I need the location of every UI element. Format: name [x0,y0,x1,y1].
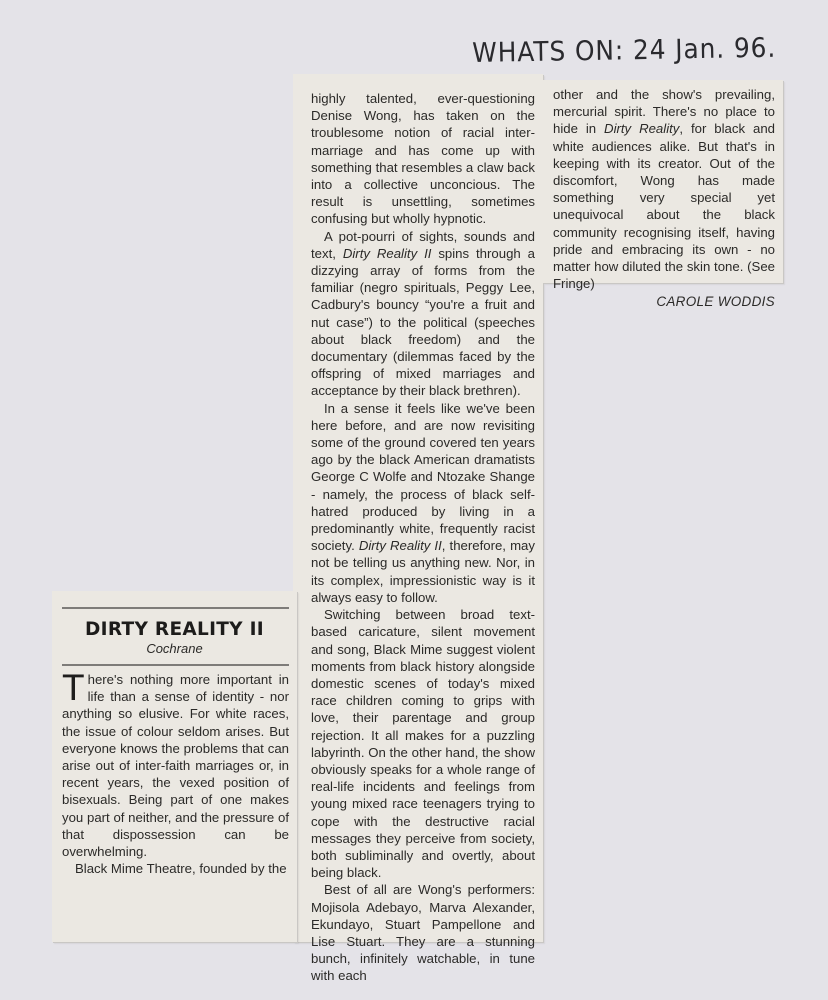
clipping-right-column: other and the show's prevailing, mercuri… [543,80,783,283]
paragraph: Best of all are Wong's performers: Mojis… [311,881,535,984]
middle-column-text: highly talented, ever-questioning Denise… [311,90,535,985]
clipping-middle-column: highly talented, ever-questioning Denise… [293,74,543,942]
paragraph: Switching between broad text-based caric… [311,606,535,881]
paragraph: other and the show's prevailing, mercuri… [553,86,775,292]
paragraph: There's nothing more important in life t… [62,671,289,860]
show-title-italic: Dirty Reality II [359,538,442,553]
paragraph: highly talented, ever-questioning Denise… [311,90,535,228]
paragraph: In a sense it feels like we've been here… [311,400,535,606]
left-column-text: There's nothing more important in life t… [62,671,289,877]
handwritten-date-annotation: WHATS ON: 24 Jan. 96. [472,33,776,69]
text-run: , for black and white audiences alike. B… [553,121,775,291]
venue-name: Cochrane [52,641,297,656]
show-title-italic: Dirty Reality [604,121,679,136]
bottom-rule [62,664,289,666]
top-rule [62,607,289,609]
show-title-italic: Dirty Reality II [343,246,432,261]
author-byline: CAROLE WODDIS [553,293,775,310]
right-column-text: other and the show's prevailing, mercuri… [553,86,775,311]
text-run: In a sense it feels like we've been here… [311,401,535,554]
paragraph: Black Mime Theatre, founded by the [62,860,289,877]
clipping-left-column: DIRTY REALITY II Cochrane There's nothin… [52,591,297,942]
drop-cap: T [62,673,85,703]
text-run: here's nothing more important in life th… [62,672,289,859]
text-run: spins through a dizzying array of forms … [311,246,535,399]
paragraph: A pot-pourri of sights, sounds and text,… [311,228,535,400]
review-headline: DIRTY REALITY II [52,619,297,640]
